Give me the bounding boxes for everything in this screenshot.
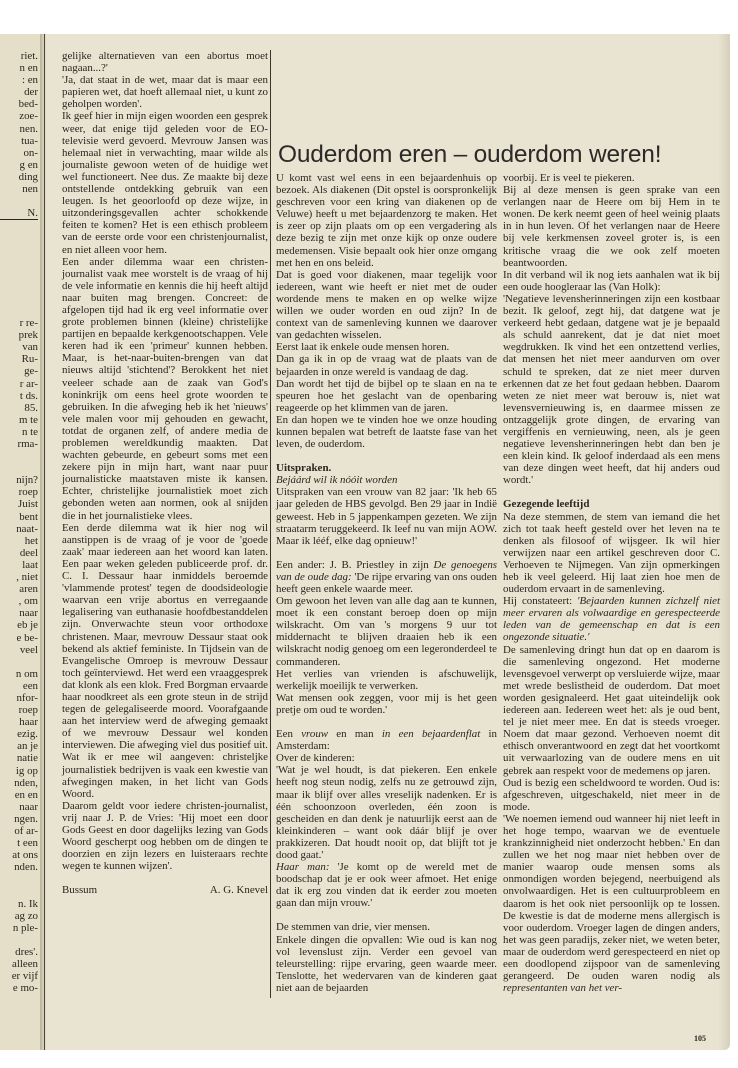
page-edge-shadow	[718, 34, 730, 1050]
edge-text-fragment: t ds.	[0, 390, 38, 402]
paragraph: Dat is goed voor diakenen, maar tegelijk…	[276, 269, 497, 342]
paragraph: De samenleving dringt hun dat op en daar…	[503, 644, 720, 777]
section-subheading: Bejáárd wil ik nóóit worden	[276, 474, 497, 486]
paragraph: Na deze stemmen, de stem van iemand die …	[503, 511, 720, 596]
edge-text-fragment: van	[0, 341, 38, 353]
paragraph: 'Wat je wel houdt, is dat piekeren. Een …	[276, 764, 497, 861]
edge-text-fragment: eb je	[0, 619, 38, 631]
paragraph: 'We noemen iemend oud wanneer hij niet l…	[503, 813, 720, 994]
paragraph: Bij al deze mensen is geen sprake van ee…	[503, 184, 720, 269]
edge-text-fragment: nijn?	[0, 474, 38, 486]
edge-text-fragment: g en	[0, 159, 38, 171]
previous-page-text-edge: riet.n en: enderbed-zoe-nen.tua-on-g end…	[0, 50, 38, 994]
left-column-previous-article: gelijke alternatieven van een abortus mo…	[62, 50, 268, 896]
edge-text-fragment: tua-	[0, 135, 38, 147]
edge-text-fragment: N.	[0, 207, 38, 220]
edge-text-fragment: en en	[0, 789, 38, 801]
edge-text-fragment: r re-	[0, 317, 38, 329]
edge-text-fragment: t een	[0, 837, 38, 849]
paragraph: Het verlies van vrienden is afschuwelijk…	[276, 668, 497, 692]
scanned-magazine-page: riet.n en: enderbed-zoe-nen.tua-on-g end…	[0, 34, 730, 1050]
paragraph: 'Negatieve levensherinneringen zijn een …	[503, 293, 720, 487]
edge-text-fragment: n ple-	[0, 922, 38, 934]
edge-text-fragment	[0, 450, 38, 462]
edge-text-fragment: nden,	[0, 777, 38, 789]
paragraph: Over de kinderen:	[276, 752, 497, 764]
edge-text-fragment: naat-	[0, 523, 38, 535]
edge-text-fragment: bent	[0, 511, 38, 523]
paragraph: Enkele dingen die opvallen: Wie oud is k…	[276, 934, 497, 994]
paragraph: Om gewoon het leven van alle dag aan te …	[276, 595, 497, 668]
paragraph: Eerst laat ik enkele oude mensen horen.	[276, 341, 497, 353]
paragraph: Dan wordt het tijd de bijbel op te slaan…	[276, 378, 497, 414]
edge-text-fragment: n. Ik	[0, 898, 38, 910]
column-divider	[270, 50, 271, 998]
edge-text-fragment: er vijf	[0, 970, 38, 982]
edge-text-fragment: aren	[0, 583, 38, 595]
edge-text-fragment: on-	[0, 147, 38, 159]
paragraph: Haar man: 'Je komt op de wereld met de b…	[276, 861, 497, 909]
edge-text-fragment: Ru-	[0, 353, 38, 365]
paragraph: Dan ga ik in op de vraag wat de plaats v…	[276, 353, 497, 377]
edge-text-fragment: , om	[0, 595, 38, 607]
edge-text-fragment: alleen	[0, 958, 38, 970]
edge-text-fragment: der	[0, 86, 38, 98]
edge-text-fragment: nden.	[0, 861, 38, 873]
paragraph: Wat mensen ook zeggen, voor mij is het g…	[276, 692, 497, 716]
edge-text-fragment: ngen.	[0, 813, 38, 825]
edge-text-fragment: ding	[0, 171, 38, 183]
signature-author: A. G. Knevel	[210, 884, 268, 896]
edge-text-fragment: ag zo	[0, 910, 38, 922]
edge-text-fragment: ig op	[0, 765, 38, 777]
edge-text-fragment: nen.	[0, 123, 38, 135]
signature: Bussum A. G. Knevel	[62, 884, 268, 896]
edge-text-fragment: bed-	[0, 98, 38, 110]
edge-text-fragment: of ar-	[0, 825, 38, 837]
paragraph: Een ander dilemma waar een christen-jour…	[62, 256, 268, 522]
edge-text-fragment: Juist	[0, 498, 38, 510]
edge-text-fragment: haar	[0, 716, 38, 728]
edge-text-fragment: rma-	[0, 438, 38, 450]
edge-text-fragment: roep	[0, 486, 38, 498]
edge-text-fragment: n te	[0, 426, 38, 438]
edge-text-fragment: 85.	[0, 402, 38, 414]
edge-text-fragment: dres'.	[0, 946, 38, 958]
edge-text-fragment: e be-	[0, 632, 38, 644]
edge-text-fragment: riet.	[0, 50, 38, 62]
edge-text-fragment: at ons	[0, 849, 38, 861]
paragraph: Een vrouw en man in een bejaardenflat in…	[276, 728, 497, 752]
edge-text-fragment: an je	[0, 740, 38, 752]
page-number: 105	[694, 1034, 706, 1043]
edge-text-fragment: n en	[0, 62, 38, 74]
edge-text-fragment: zoe-	[0, 110, 38, 122]
edge-text-fragment: roep	[0, 704, 38, 716]
edge-text-fragment: n om	[0, 668, 38, 680]
edge-text-fragment: deel	[0, 547, 38, 559]
edge-text-fragment: nen	[0, 183, 38, 195]
signature-place: Bussum	[62, 884, 97, 896]
edge-text-fragment: nfor-	[0, 692, 38, 704]
edge-text-fragment: prek	[0, 329, 38, 341]
article-middle-column: U komt vast wel eens in een bejaardenhui…	[276, 138, 497, 994]
edge-text-fragment: veel	[0, 644, 38, 656]
paragraph: En dan hopen we te vinden hoe we onze ho…	[276, 414, 497, 450]
edge-text-fragment: ezig.	[0, 728, 38, 740]
edge-text-fragment	[0, 885, 38, 897]
edge-text-fragment: , niet	[0, 571, 38, 583]
edge-text-fragment: ge-	[0, 365, 38, 377]
edge-text-fragment	[0, 462, 38, 474]
paragraph: Uitspraken van een vrouw van 82 jaar: 'I…	[276, 486, 497, 546]
edge-text-fragment	[0, 195, 38, 207]
paragraph: Daarom geldt voor iedere christen-journa…	[62, 800, 268, 873]
edge-text-fragment: naar	[0, 801, 38, 813]
edge-text-fragment: e mo-	[0, 982, 38, 994]
edge-text-fragment: naar	[0, 607, 38, 619]
paragraph: De stemmen van drie, vier mensen.	[276, 921, 497, 933]
edge-text-fragment: het	[0, 535, 38, 547]
paragraph: gelijke alternatieven van een abortus mo…	[62, 50, 268, 74]
edge-text-fragment: : en	[0, 74, 38, 86]
edge-text-fragment	[0, 873, 38, 885]
edge-text-fragment: een	[0, 680, 38, 692]
edge-text-fragment: m te	[0, 414, 38, 426]
edge-text-fragment	[0, 656, 38, 668]
paragraph: 'Ja, dat staat in de wet, maar dat is ma…	[62, 74, 268, 110]
article-right-column: voorbij. Er is veel te piekeren. Bij al …	[503, 138, 720, 994]
paragraph: U komt vast wel eens in een bejaardenhui…	[276, 172, 497, 269]
paragraph: voorbij. Er is veel te piekeren.	[503, 172, 720, 184]
paragraph: Hij constateert: 'Bejaarden kunnen zichz…	[503, 595, 720, 643]
section-heading: Gezegende leeftijd	[503, 498, 720, 510]
paragraph: Ik geef hier in mijn eigen woorden een g…	[62, 110, 268, 255]
edge-text-fragment: r ar-	[0, 378, 38, 390]
paragraph: Een ander: J. B. Priestley in zijn De ge…	[276, 559, 497, 595]
edge-text-fragment: natie	[0, 752, 38, 764]
paragraph: In dit verband wil ik nog iets aanhalen …	[503, 269, 720, 293]
section-heading: Uitspraken.	[276, 462, 497, 474]
paragraph: Oud is bezig een scheldwoord te worden. …	[503, 777, 720, 813]
gutter-line	[44, 34, 45, 1050]
edge-text-fragment	[0, 934, 38, 946]
paragraph: Een derde dilemma wat ik hier nog wil aa…	[62, 522, 268, 800]
edge-text-fragment: laat	[0, 559, 38, 571]
